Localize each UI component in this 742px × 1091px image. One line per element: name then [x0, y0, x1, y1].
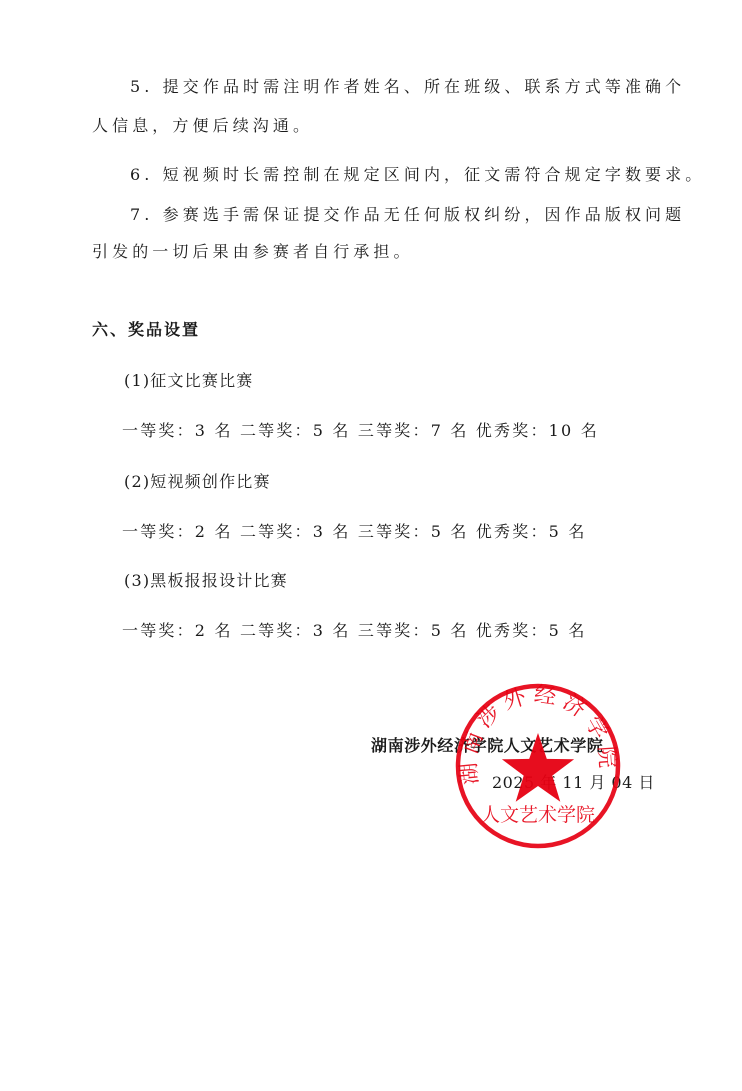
rule-item-7-line-2: 引发的一切后果由参赛者自行承担。: [92, 242, 414, 262]
rule-item-6: 6. 短视频时长需控制在规定区间内，征文需符合规定字数要求。: [130, 165, 705, 185]
section-heading-prizes: 六、奖品设置: [92, 320, 200, 340]
prize-category-title: (2)短视频创作比赛: [124, 472, 271, 492]
prize-category-title: (3)黑板报报设计比赛: [124, 571, 288, 591]
rule-item-5-line-2: 人信息，方便后续沟通。: [92, 116, 313, 136]
rule-item-7-line-1: 7. 参赛选手需保证提交作品无任何版权纠纷，因作品版权问题: [130, 205, 685, 225]
signature-date: 2025 年 11 月 04 日: [492, 770, 655, 793]
prize-category-title: (1)征文比赛比赛: [124, 371, 253, 391]
rule-item-5-line-1: 5. 提交作品时需注明作者姓名、所在班级、联系方式等准确个: [130, 77, 685, 97]
prize-category-awards: 一等奖：3 名 二等奖：5 名 三等奖：7 名 优秀奖：10 名: [122, 421, 599, 441]
stamp-bottom-text: 人文艺术学院: [481, 804, 595, 826]
prize-category-awards: 一等奖：2 名 二等奖：3 名 三等奖：5 名 优秀奖：5 名: [122, 522, 587, 542]
document-page: 5. 提交作品时需注明作者姓名、所在班级、联系方式等准确个 人信息，方便后续沟通…: [0, 0, 742, 1091]
signature-organization: 湖南涉外经济学院人文艺术学院: [371, 733, 603, 756]
official-seal-stamp: 湖南涉外经济学院 人文艺术学院: [453, 681, 623, 851]
prize-category-awards: 一等奖：2 名 二等奖：3 名 三等奖：5 名 优秀奖：5 名: [122, 621, 587, 641]
